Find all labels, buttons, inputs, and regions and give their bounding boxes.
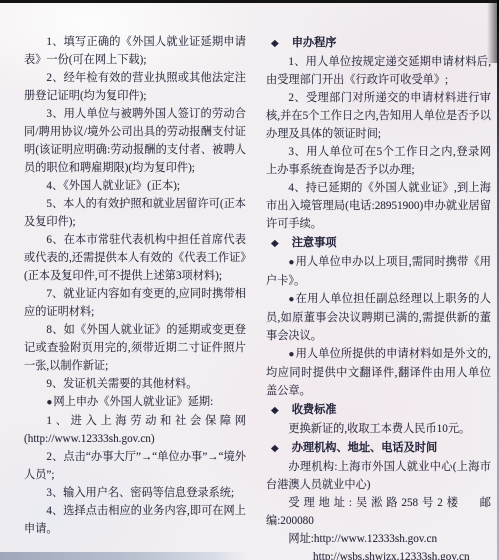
- fee-text: 更换新证的,收取工本费人民币10元。: [266, 420, 491, 438]
- online-apply-header: ●网上申办《外国人就业证》延期:: [24, 393, 246, 412]
- diamond-icon: ◆: [271, 440, 279, 457]
- material-item-6: 6、在本市常驻代表机构中担任首席代表或代表的,还需提供本人有效的《代表工作证》(…: [24, 231, 246, 285]
- agency-address: 受理地址:吴淞路258号2楼: [288, 497, 462, 509]
- note-item-3-text: 用人单位所提供的申请材料如是外文的,均应同时提供中文翻译件,翻译件由用人单位盖公…: [266, 348, 491, 397]
- right-column: ◆申办程序 1、用人单位按规定递交延期申请材料后,由受理部门开出《行政许可收受单…: [266, 33, 491, 560]
- material-item-5: 5、本人的有效护照和就业居留许可(正本及复印件);: [24, 195, 246, 231]
- section-title-procedure: 申办程序: [292, 37, 337, 49]
- note-item-2: ●在用人单位担任副总经理以上职务的人员,如原董事会决议聘期已满的,需提供新的董事…: [266, 290, 491, 345]
- bullet-icon: ●: [46, 397, 52, 408]
- procedure-step-1: 1、用人单位按规定递交延期申请材料后,由受理部门开出《行政许可收受单》;: [266, 53, 491, 89]
- online-apply-header-text: 网上申办《外国人就业证》延期:: [53, 396, 213, 408]
- agency-website: 网址:http://www.12333sh.gov.cn: [266, 530, 491, 548]
- scan-shadow-bottom-left: [0, 552, 246, 560]
- procedure-step-2: 2、受理部门对所递交的申请材料进行审核,并在5个工作日之内,告知用人单位是否予以…: [266, 89, 491, 143]
- online-step-1: 1、进入上海劳动和社会保障网(http://www.12333sh.gov.cn…: [24, 412, 246, 448]
- section-header-agency: ◆办理机构、地址、电话及时间: [266, 439, 491, 458]
- scanned-document-page: 1、填写正确的《外国人就业证延期申请表》一份(可在网上下载); 2、经年检有效的…: [0, 0, 499, 560]
- section-header-fees: ◆收费标准: [266, 401, 491, 420]
- agency-org: 办理机构:上海市外国人就业中心(上海市台港澳人员就业中心): [266, 458, 491, 494]
- online-step-4: 4、选择点击相应的业务内容,即可在网上申请。: [24, 502, 246, 538]
- note-item-1: ●用人单位申办以上项目,需同时携带《用户卡》。: [266, 253, 491, 290]
- material-item-3: 3、用人单位与被聘外国人签订的劳动合同/聘用协议/境外公司出具的劳动报酬支付证明…: [24, 105, 246, 177]
- material-item-8: 8、如《外国人就业证》的延期或变更登记或查验附页用完的,须带近期二寸证件照片一张…: [24, 321, 246, 375]
- online-step-3: 3、输入用户名、密码等信息登录系统;: [24, 484, 246, 502]
- material-item-9: 9、发证机关需要的其他材料。: [24, 375, 246, 393]
- agency-address-line: 受理地址:吴淞路258号2楼邮编:200080: [266, 494, 491, 530]
- online-step-2: 2、点击“办事大厅”→“单位办事”→“境外人员”;: [24, 448, 246, 484]
- section-header-notes: ◆注意事项: [266, 234, 491, 253]
- note-item-2-text: 在用人单位担任副总经理以上职务的人员,如原董事会决议聘期已满的,需提供新的董事会…: [266, 293, 491, 342]
- section-title-fees: 收费标准: [292, 404, 337, 416]
- left-column: 1、填写正确的《外国人就业证延期申请表》一份(可在网上下载); 2、经年检有效的…: [24, 33, 246, 560]
- material-item-2: 2、经年检有效的营业执照或其他法定注册登记证明(均为复印件);: [24, 69, 246, 105]
- section-title-notes: 注意事项: [292, 237, 337, 249]
- bullet-icon: ●: [288, 257, 294, 268]
- section-title-agency: 办理机构、地址、电话及时间: [292, 442, 437, 454]
- scan-edge-top: [0, 0, 499, 3]
- material-item-4: 4、《外国人就业证》(正本);: [24, 177, 246, 195]
- scan-corner-shade: [487, 3, 497, 63]
- diamond-icon: ◆: [271, 235, 279, 252]
- material-item-7: 7、就业证内容如有变更的,应同时携带相应的证明材料;: [24, 285, 246, 321]
- procedure-step-4: 4、持已延期的《外国人就业证》,到上海市出入境管理局(电话:28951900)申…: [266, 179, 491, 233]
- document-columns: 1、填写正确的《外国人就业证延期申请表》一份(可在网上下载); 2、经年检有效的…: [0, 0, 499, 560]
- bullet-icon: ●: [288, 349, 294, 360]
- note-item-3: ●用人单位所提供的申请材料如是外文的,均应同时提供中文翻译件,翻译件由用人单位盖…: [266, 345, 491, 400]
- diamond-icon: ◆: [271, 35, 279, 52]
- bullet-icon: ●: [288, 294, 294, 305]
- agency-website-2: http://wsbs.shwjzx.12333sh.gov.cn: [266, 548, 491, 560]
- section-header-procedure: ◆申办程序: [266, 34, 491, 53]
- diamond-icon: ◆: [271, 402, 279, 419]
- note-item-1-text: 用人单位申办以上项目,需同时携带《用户卡》。: [266, 256, 491, 287]
- procedure-step-3: 3、用人单位可在5个工作日之内,登录网上办事系统查询是否予以办理;: [266, 143, 491, 179]
- material-item-1: 1、填写正确的《外国人就业证延期申请表》一份(可在网上下载);: [24, 33, 246, 69]
